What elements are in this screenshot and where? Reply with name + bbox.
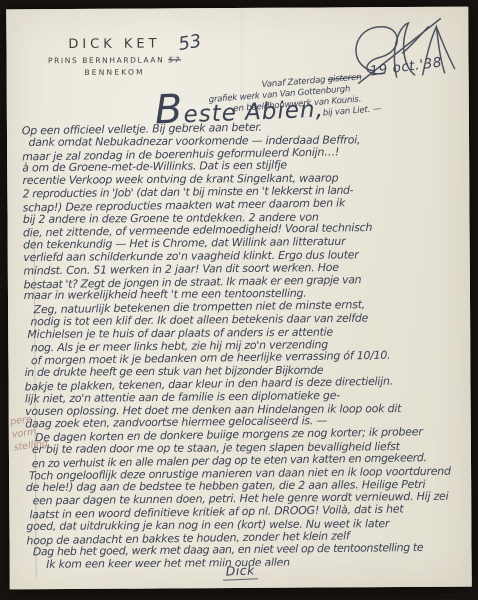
letter-body: Op een officieel velletje. Bij gebrek aa… [22,120,465,569]
signature: Dick [222,562,258,580]
letter-sheet: DICK KET PRINS BERNHARDLAAN 57 BENNEKOM … [6,7,472,590]
letterhead: DICK KET PRINS BERNHARDLAAN 57 BENNEKOM [34,36,194,77]
handwritten-house-number: 53 [177,31,203,55]
letterhead-name: DICK KET [34,36,194,52]
letterhead-city: BENNEKOM [35,67,195,77]
struck-word: gisteren [327,72,361,85]
struck-printed-number: 57 [168,55,181,64]
letterhead-street: PRINS BERNHARDLAAN 57 [35,55,195,65]
margin-pencil-notes: perevormstelling [9,411,48,454]
